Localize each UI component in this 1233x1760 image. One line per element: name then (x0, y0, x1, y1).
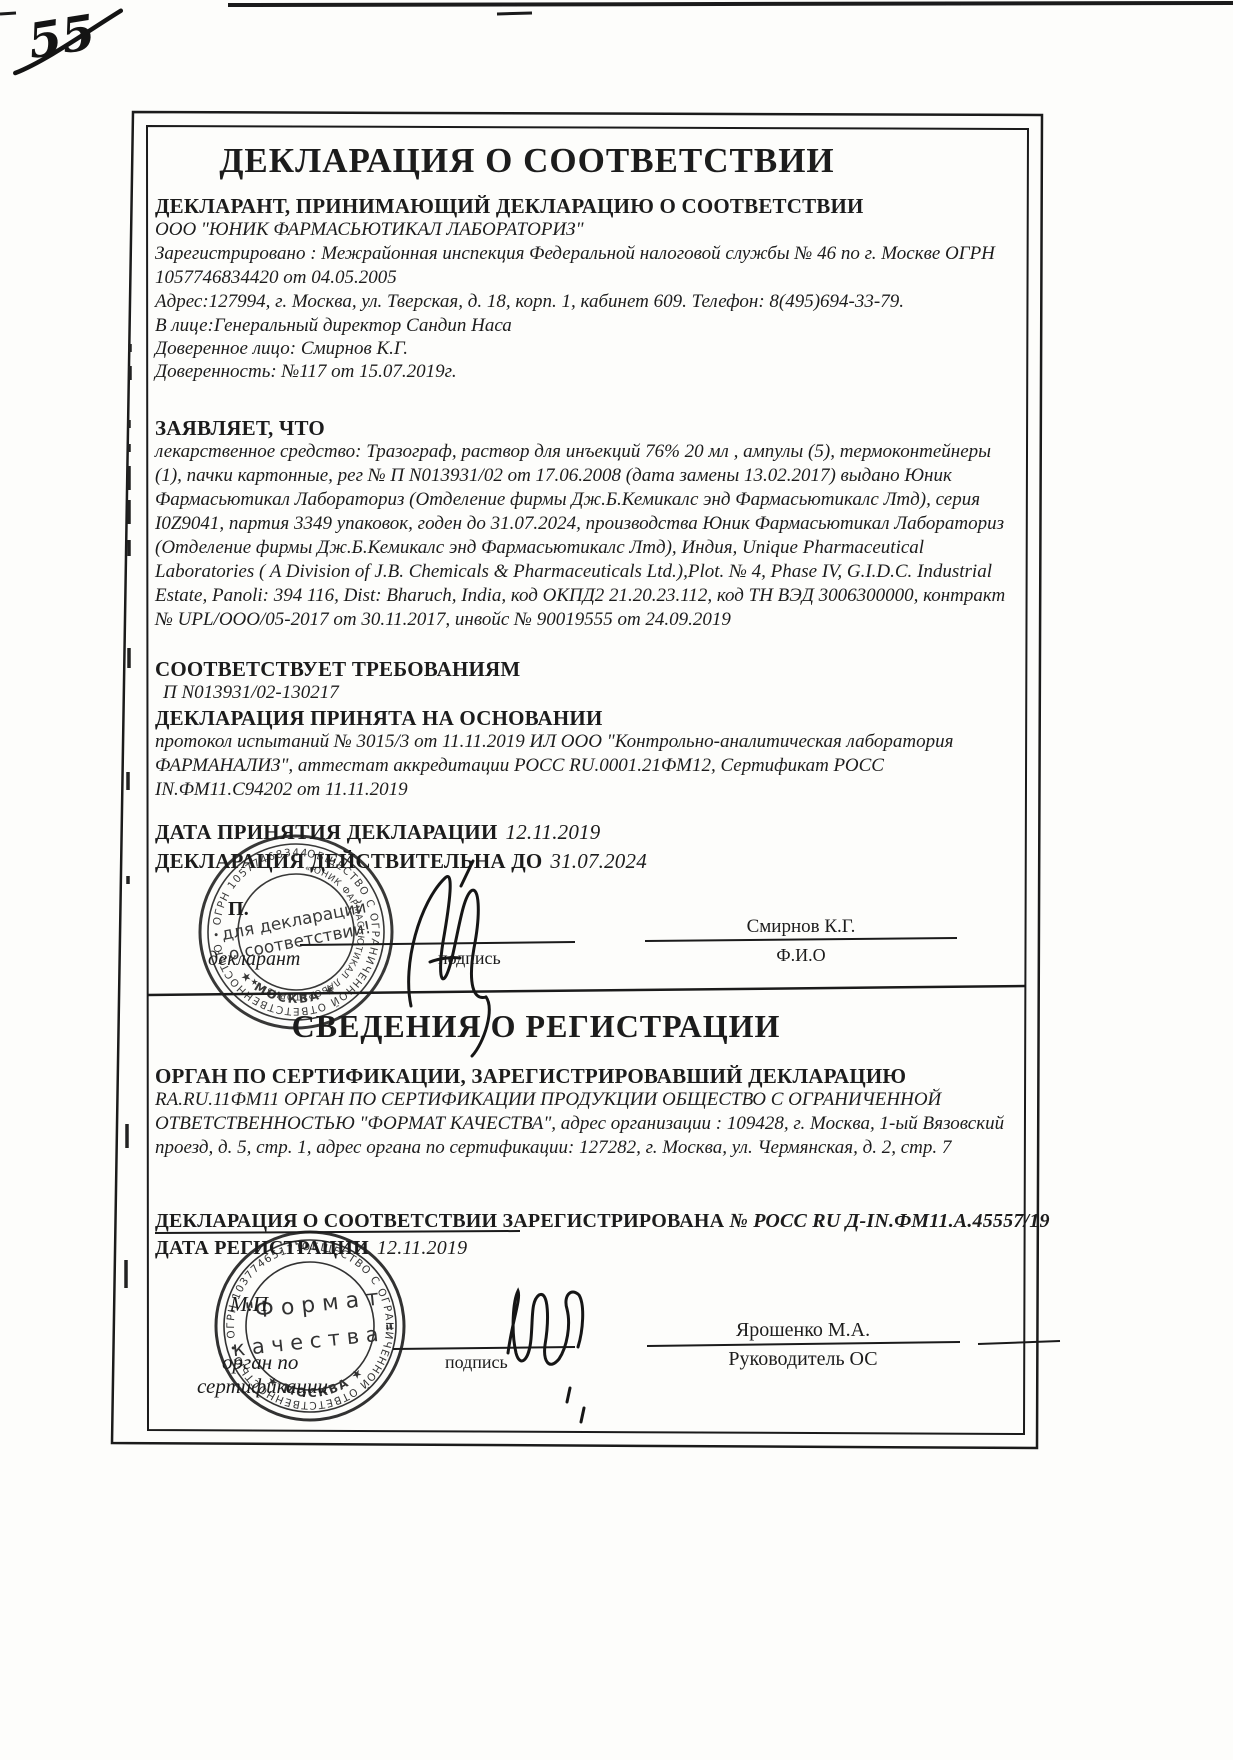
registration-number-row: ДЕКЛАРАЦИЯ О СООТВЕТСТВИИ ЗАРЕГИСТРИРОВА… (155, 1210, 1050, 1233)
valid-until-label: ДЕКЛАРАЦИЯ ДЕЙСТВИТЕЛЬНА ДО (155, 849, 542, 873)
fio-label: Ф.И.О (645, 945, 957, 966)
cert-body-line: проезд, д. 5, стр. 1, адрес органа по се… (155, 1137, 951, 1159)
declarant-line: В лице:Генеральный директор Сандип Наса (155, 315, 512, 337)
signatory-title-2: Руководитель ОС (647, 1348, 959, 1371)
declarant-line: Доверенность: №117 от 15.07.2019г. (155, 361, 457, 383)
declarant-heading: ДЕКЛАРАНТ, ПРИНИМАЮЩИЙ ДЕКЛАРАЦИЮ О СООТ… (155, 194, 864, 219)
signatory-name-2: Ярошенко М.А. (647, 1319, 959, 1342)
svg-text:55: 55 (24, 4, 99, 70)
stamp-place-mark-2: М.П (230, 1292, 268, 1317)
statement-line: (Отделение фирмы Дж.Б.Кемикалс энд Фарма… (155, 537, 924, 559)
basis-line: ФАРМАНАЛИЗ", аттестат аккредитации РОСС … (155, 755, 884, 777)
registration-date-label: ДАТА РЕГИСТРАЦИИ (155, 1237, 369, 1259)
basis-line: протокол испытаний № 3015/3 от 11.11.201… (155, 731, 953, 753)
svg-text:«ЮНИК ФАРМАСЬЮТИКАЛ ЛАБОРАТОРИ: «ЮНИК ФАРМАСЬЮТИКАЛ ЛАБОРАТОРИЗ» ★ (247, 858, 374, 1010)
declarant-line: Адрес:127994, г. Москва, ул. Тверская, д… (155, 291, 904, 313)
cert-body-heading: ОРГАН ПО СЕРТИФИКАЦИИ, ЗАРЕГИСТРИРОВАВШИ… (155, 1064, 906, 1089)
statement-line: Фармасьютикал Лабораториз (Отделение фир… (155, 489, 980, 511)
basis-line: IN.ФМ11.С94202 от 11.11.2019 (155, 779, 408, 801)
adoption-date-label: ДАТА ПРИНЯТИЯ ДЕКЛАРАЦИИ (155, 820, 498, 844)
valid-until-value: 31.07.2024 (550, 849, 647, 873)
valid-until-row: ДЕКЛАРАЦИЯ ДЕЙСТВИТЕЛЬНА ДО31.07.2024 (155, 849, 647, 874)
adoption-date-row: ДАТА ПРИНЯТИЯ ДЕКЛАРАЦИИ12.11.2019 (155, 820, 600, 845)
registration-number-value: № РОСС RU Д-IN.ФМ11.А.45557/19 (730, 1210, 1050, 1232)
document-title: ДЕКЛАРАЦИЯ О СООТВЕТСТВИИ (146, 141, 908, 181)
signatory-name-1: Смирнов К.Г. (645, 916, 957, 938)
cert-body-role-line2: сертификации (197, 1374, 328, 1399)
scanned-declaration-page: ДЕКЛАРАЦИЯ О СООТВЕТСТВИИ ДЕКЛАРАНТ, ПРИ… (0, 0, 1233, 1760)
signature-2 (508, 1291, 584, 1422)
conforms-heading: СООТВЕТСТВУЕТ ТРЕБОВАНИЯМ (155, 657, 520, 682)
cert-body-line: RA.RU.11ФМ11 ОРГАН ПО СЕРТИФИКАЦИИ ПРОДУ… (155, 1089, 941, 1111)
scan-edge-artifacts (0, 3, 1233, 14)
adoption-date-value: 12.11.2019 (506, 820, 601, 844)
registration-date-value: 12.11.2019 (377, 1237, 468, 1259)
basis-heading: ДЕКЛАРАЦИЯ ПРИНЯТА НА ОСНОВАНИИ (155, 706, 603, 731)
statement-line: Estate, Panoli: 394 116, Dist: Bharuch, … (155, 585, 1005, 607)
margin-dashes (126, 344, 130, 1288)
registration-date-row: ДАТА РЕГИСТРАЦИИ12.11.2019 (155, 1237, 467, 1260)
declarant-line: Доверенное лицо: Смирнов К.Г. (155, 338, 408, 360)
statement-line: лекарственное средство: Тразограф, раств… (155, 441, 991, 463)
statement-line: № UPL/ООО/05-2017 от 30.11.2017, инвойс … (155, 609, 731, 631)
svg-text:★ МОСКВА ★: ★ МОСКВА ★ (235, 967, 341, 1013)
section-divider (147, 986, 1026, 995)
signature-label-1: подпись (438, 948, 501, 969)
signature-label-2: подпись (445, 1352, 508, 1373)
conforms-value: П N013931/02-130217 (163, 682, 339, 704)
registration-title: СВЕДЕНИЯ О РЕГИСТРАЦИИ (146, 1008, 926, 1045)
declarant-line: ООО "ЮНИК ФАРМАСЬЮТИКАЛ ЛАБОРАТОРИЗ" (155, 219, 584, 241)
handwritten-page-number: 55 (7, 0, 128, 73)
declarant-line: Зарегистрировано : Межрайонная инспекция… (155, 243, 995, 265)
registration-number-label: ДЕКЛАРАЦИЯ О СООТВЕТСТВИИ ЗАРЕГИСТРИРОВА… (155, 1210, 724, 1232)
declarant-role-label: декларант (208, 948, 300, 971)
statement-line: Laboratories ( A Division of J.B. Chemic… (155, 561, 992, 583)
statement-line: I0Z9041, партия 3349 упаковок, годен до … (155, 513, 1004, 535)
declarant-line: 1057746834420 от 04.05.2005 (155, 267, 397, 289)
statement-line: (1), пачки картонные, рег № П N013931/02… (155, 465, 952, 487)
cert-body-line: ОТВЕТСТВЕННОСТЬЮ "ФОРМАТ КАЧЕСТВА", адре… (155, 1113, 1004, 1135)
cert-body-role-line1: орган по (222, 1350, 298, 1375)
stamp-place-mark-1: П. (228, 898, 249, 921)
statement-heading: ЗАЯВЛЯЕТ, ЧТО (155, 416, 325, 441)
